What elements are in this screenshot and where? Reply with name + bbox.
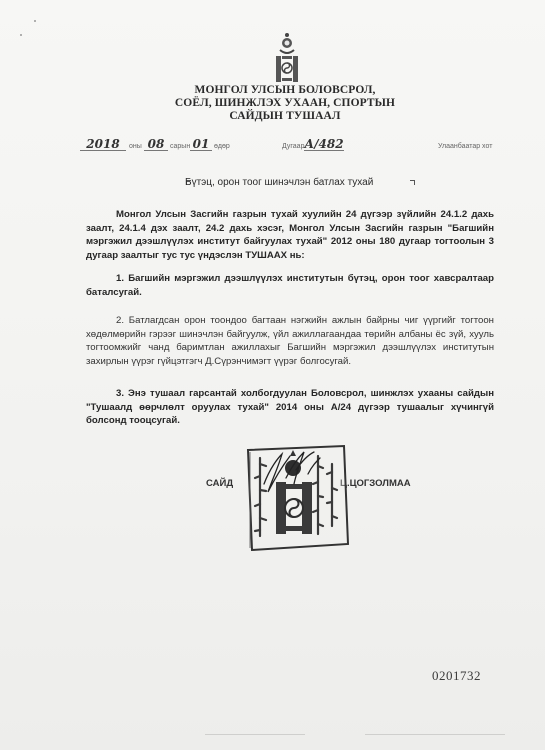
signatory-title: САЙД — [206, 478, 233, 489]
document-page: МОНГОЛ УЛСЫН БОЛОВСРОЛ, СОЁЛ, ШИНЖЛЭХ УХ… — [0, 0, 545, 750]
document-serial-number: 0201732 — [432, 668, 481, 684]
official-seal-stamp-icon — [238, 444, 356, 556]
signature-block: САЙД Ц.ЦОГЗОЛМАА — [0, 0, 545, 750]
